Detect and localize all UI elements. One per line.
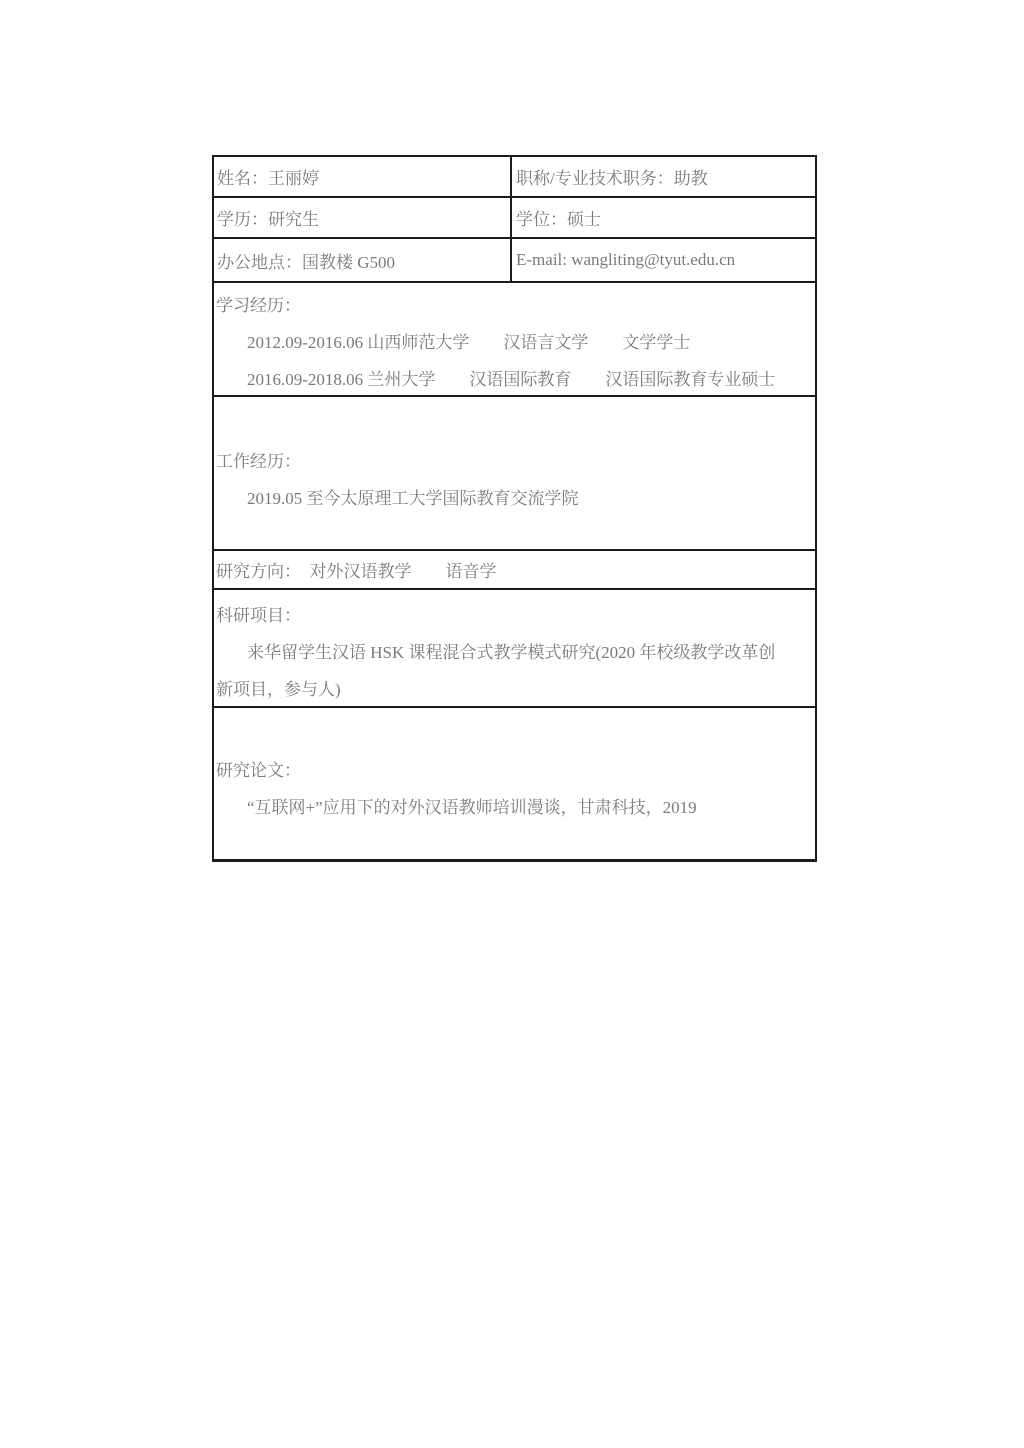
- section-work-experience: 工作经历： 2019.05 至今太原理工大学国际教育交流学院: [214, 397, 815, 551]
- office-location-text: 办公地点：国教楼 G500: [217, 248, 395, 273]
- education-history-title: 学习经历：: [216, 287, 815, 324]
- section-research-projects: 科研项目： 来华留学生汉语 HSK 课程混合式教学模式研究(2020 年校级教学…: [214, 590, 815, 708]
- education-history-entry: 2016.09-2018.06 兰州大学 汉语国际教育 汉语国际教育专业硕士: [216, 361, 815, 398]
- section-education-history: 学习经历： 2012.09-2016.06 山西师范大学 汉语言文学 文学学士 …: [214, 283, 815, 397]
- document-page: 姓名：王丽婷 职称/专业技术职务：助教 学历：研究生 学位：硕士 办公地点：国教…: [0, 0, 1024, 1448]
- education-history-entry: 2012.09-2016.06 山西师范大学 汉语言文学 文学学士: [216, 324, 815, 361]
- table-row-name-title: 姓名：王丽婷 职称/专业技术职务：助教: [214, 157, 815, 198]
- education-level-text: 学历：研究生: [217, 205, 319, 230]
- table-row-education-degree: 学历：研究生 学位：硕士: [214, 198, 815, 239]
- education-level-cell: 学历：研究生: [214, 198, 512, 237]
- research-direction-text: 研究方向： 对外汉语教学 语音学: [216, 557, 497, 582]
- faculty-profile-table: 姓名：王丽婷 职称/专业技术职务：助教 学历：研究生 学位：硕士 办公地点：国教…: [212, 155, 817, 862]
- section-research-direction: 研究方向： 对外汉语教学 语音学: [214, 551, 815, 590]
- research-paper-entry: “互联网+”应用下的对外汉语教师培训漫谈，甘肃科技，2019: [216, 789, 815, 826]
- email-cell: E-mail: wangliting@tyut.edu.cn: [512, 239, 815, 281]
- table-row-office-email: 办公地点：国教楼 G500 E-mail: wangliting@tyut.ed…: [214, 239, 815, 283]
- degree-cell: 学位：硕士: [512, 198, 815, 237]
- work-experience-title: 工作经历：: [216, 443, 815, 480]
- professional-title-text: 职称/专业技术职务：助教: [516, 164, 708, 189]
- office-location-cell: 办公地点：国教楼 G500: [214, 239, 512, 281]
- research-project-entry-continuation: 新项目，参与人): [216, 671, 815, 708]
- research-papers-title: 研究论文：: [216, 752, 815, 789]
- section-research-papers: 研究论文： “互联网+”应用下的对外汉语教师培训漫谈，甘肃科技，2019: [214, 708, 815, 859]
- name-text: 姓名：王丽婷: [217, 164, 319, 189]
- research-project-entry: 来华留学生汉语 HSK 课程混合式教学模式研究(2020 年校级教学改革创: [216, 634, 815, 671]
- degree-text: 学位：硕士: [516, 205, 601, 230]
- research-projects-title: 科研项目：: [216, 597, 815, 634]
- email-text: E-mail: wangliting@tyut.edu.cn: [516, 250, 735, 270]
- work-experience-entry: 2019.05 至今太原理工大学国际教育交流学院: [216, 480, 815, 517]
- name-cell: 姓名：王丽婷: [214, 157, 512, 196]
- professional-title-cell: 职称/专业技术职务：助教: [512, 157, 815, 196]
